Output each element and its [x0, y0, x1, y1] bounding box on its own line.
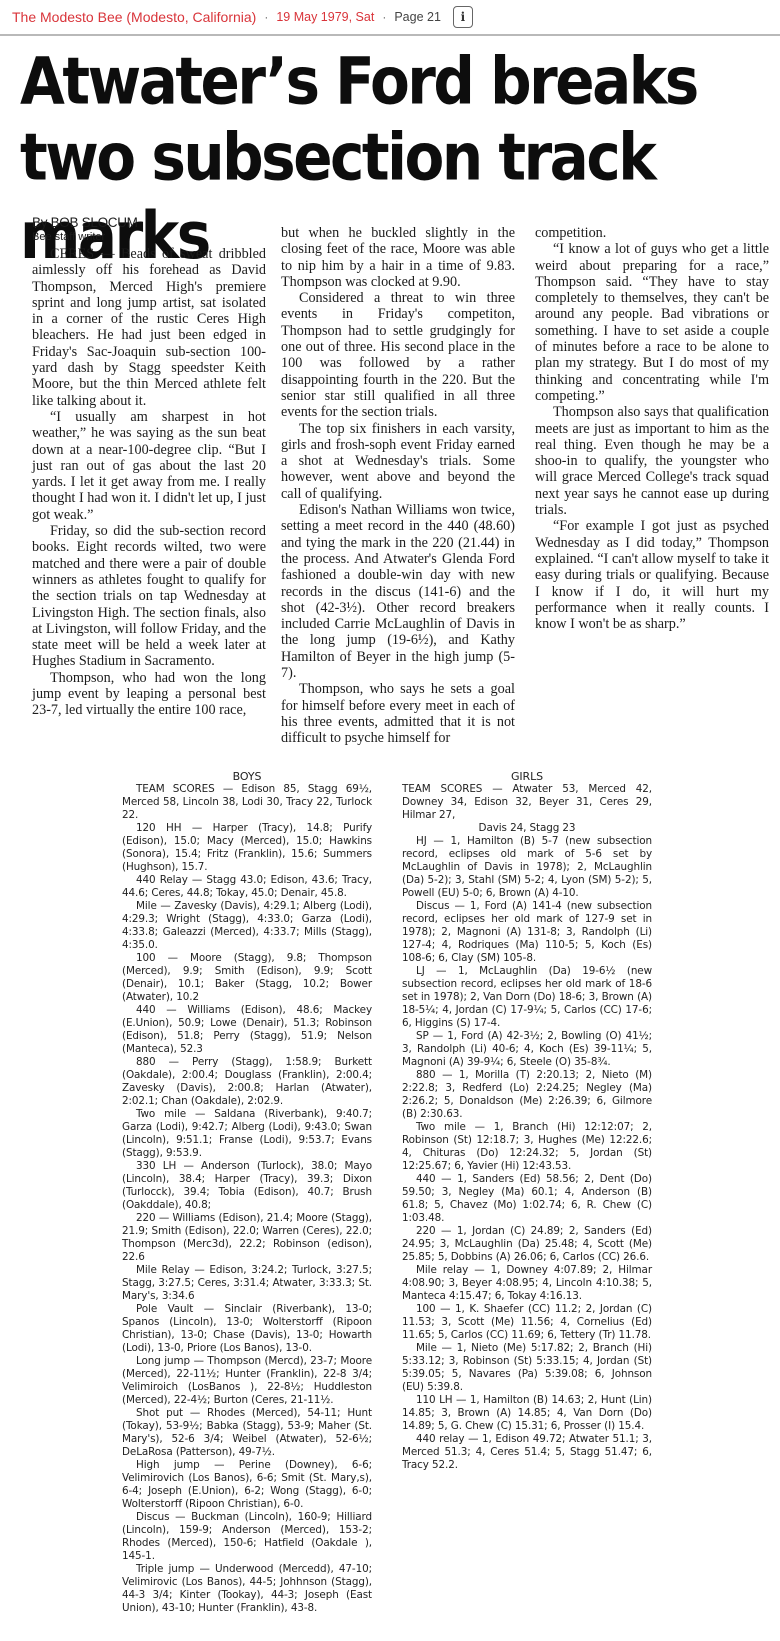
- event-result: Discus — Buckman (Lincoln), 160-9; Hilli…: [122, 1511, 372, 1563]
- team-scores: TEAM SCORES — Atwater 53, Merced 42, Dow…: [402, 783, 652, 822]
- event-result: Triple jump — Underwood (Mercedd), 47-10…: [122, 1563, 372, 1615]
- info-icon[interactable]: i: [453, 6, 473, 28]
- event-result: Two mile — 1, Branch (Hi) 12:12:07; 2, R…: [402, 1121, 652, 1173]
- event-result: Discus — 1, Ford (A) 141-4 (new subsecti…: [402, 900, 652, 965]
- paragraph: Friday, so did the sub-section record bo…: [32, 523, 266, 670]
- paragraph: Thompson also says that qualification me…: [535, 404, 769, 518]
- paragraph: “I know a lot of guys who get a little w…: [535, 241, 769, 404]
- paragraph: Edison's Nathan Williams won twice, sett…: [281, 502, 515, 681]
- publication-link[interactable]: The Modesto Bee (Modesto, California): [12, 9, 256, 25]
- event-result: Shot put — Rhodes (Merced), 54-11; Hunt …: [122, 1407, 372, 1459]
- headline-line-1: Atwater’s Ford breaks: [20, 42, 760, 120]
- paragraph: Considered a threat to win three events …: [281, 290, 515, 420]
- event-result: Long jump — Thompson (Mercd), 23-7; Moor…: [122, 1355, 372, 1407]
- event-result: 880 — Perry (Stagg), 1:58.9; Burkett (Oa…: [122, 1056, 372, 1108]
- viewer-header: The Modesto Bee (Modesto, California) · …: [0, 0, 780, 36]
- team-scores-continued: Davis 24, Stagg 23: [402, 822, 652, 835]
- byline-title: Bee staff writer: [32, 230, 266, 244]
- event-result: High jump — Perine (Downey), 6-6; Velimi…: [122, 1459, 372, 1511]
- paragraph: “For example I got just as psyched Wedne…: [535, 518, 769, 632]
- event-result: 220 — 1, Jordan (C) 24.89; 2, Sanders (E…: [402, 1225, 652, 1264]
- paragraph: but when he buckled slightly in the clos…: [281, 225, 515, 290]
- event-result: 330 LH — Anderson (Turlock), 38.0; Mayo …: [122, 1160, 372, 1212]
- event-result: Mile Relay — Edison, 3:24.2; Turlock, 3:…: [122, 1264, 372, 1303]
- event-result: Mile relay — 1, Downey 4:07.89; 2, Hilma…: [402, 1264, 652, 1303]
- article-column-3: competition. “I know a lot of guys who g…: [535, 225, 769, 632]
- event-result: 880 — 1, Morilla (T) 2:20.13; 2, Nieto (…: [402, 1069, 652, 1121]
- event-result: Mile — 1, Nieto (Me) 5:17.82; 2, Branch …: [402, 1342, 652, 1394]
- separator: ·: [382, 10, 386, 24]
- page-number: Page 21: [394, 10, 441, 24]
- event-result: 440 Relay — Stagg 43.0; Edison, 43.6; Tr…: [122, 874, 372, 900]
- separator: ·: [264, 10, 268, 24]
- event-result: 440 relay — 1, Edison 49.72; Atwater 51.…: [402, 1433, 652, 1472]
- event-result: 440 — 1, Sanders (Ed) 58.56; 2, Dent (Do…: [402, 1173, 652, 1225]
- event-result: 220 — Williams (Edison), 21.4; Moore (St…: [122, 1212, 372, 1264]
- event-result: Pole Vault — Sinclair (Riverbank), 13-0;…: [122, 1303, 372, 1355]
- event-result: 110 LH — 1, Hamilton (B) 14.63; 2, Hunt …: [402, 1394, 652, 1433]
- article-column-2: but when he buckled slightly in the clos…: [281, 225, 515, 747]
- article-column-1: By BOB SLOCUM Bee staff writer CERES — B…: [32, 215, 266, 719]
- event-result: 100 — Moore (Stagg), 9.8; Thompson (Merc…: [122, 952, 372, 1004]
- date-link[interactable]: 19 May 1979, Sat: [276, 10, 374, 24]
- event-result: HJ — 1, Hamilton (B) 5-7 (new subsection…: [402, 835, 652, 900]
- paragraph: CERES — Beads of sweat dribbled aimlessl…: [32, 246, 266, 409]
- section-heading: GIRLS: [402, 770, 652, 783]
- paragraph: competition.: [535, 225, 769, 241]
- paragraph: “I usually am sharpest in hot weather,” …: [32, 409, 266, 523]
- paragraph: The top six finishers in each varsity, g…: [281, 421, 515, 502]
- paragraph: Thompson, who had won the long jump even…: [32, 670, 266, 719]
- event-result: LJ — 1, McLaughlin (Da) 19-6½ (new subse…: [402, 965, 652, 1030]
- team-scores: TEAM SCORES — Edison 85, Stagg 69½, Merc…: [122, 783, 372, 822]
- boys-results: BOYS TEAM SCORES — Edison 85, Stagg 69½,…: [122, 770, 372, 1615]
- girls-results: GIRLS TEAM SCORES — Atwater 53, Merced 4…: [402, 770, 652, 1472]
- event-result: 120 HH — Harper (Tracy), 14.8; Purify (E…: [122, 822, 372, 874]
- section-heading: BOYS: [122, 770, 372, 783]
- event-result: Two mile — Saldana (Riverbank), 9:40.7; …: [122, 1108, 372, 1160]
- paragraph: Thompson, who says he sets a goal for hi…: [281, 681, 515, 746]
- event-result: 100 — 1, K. Shaefer (CC) 11.2; 2, Jordan…: [402, 1303, 652, 1342]
- byline: By BOB SLOCUM: [32, 215, 266, 230]
- event-result: SP — 1, Ford (A) 42-3½; 2, Bowling (O) 4…: [402, 1030, 652, 1069]
- event-result: Mile — Zavesky (Davis), 4:29.1; Alberg (…: [122, 900, 372, 952]
- dateline: CERES —: [50, 246, 115, 262]
- event-result: 440 — Williams (Edison), 48.6; Mackey (E…: [122, 1004, 372, 1056]
